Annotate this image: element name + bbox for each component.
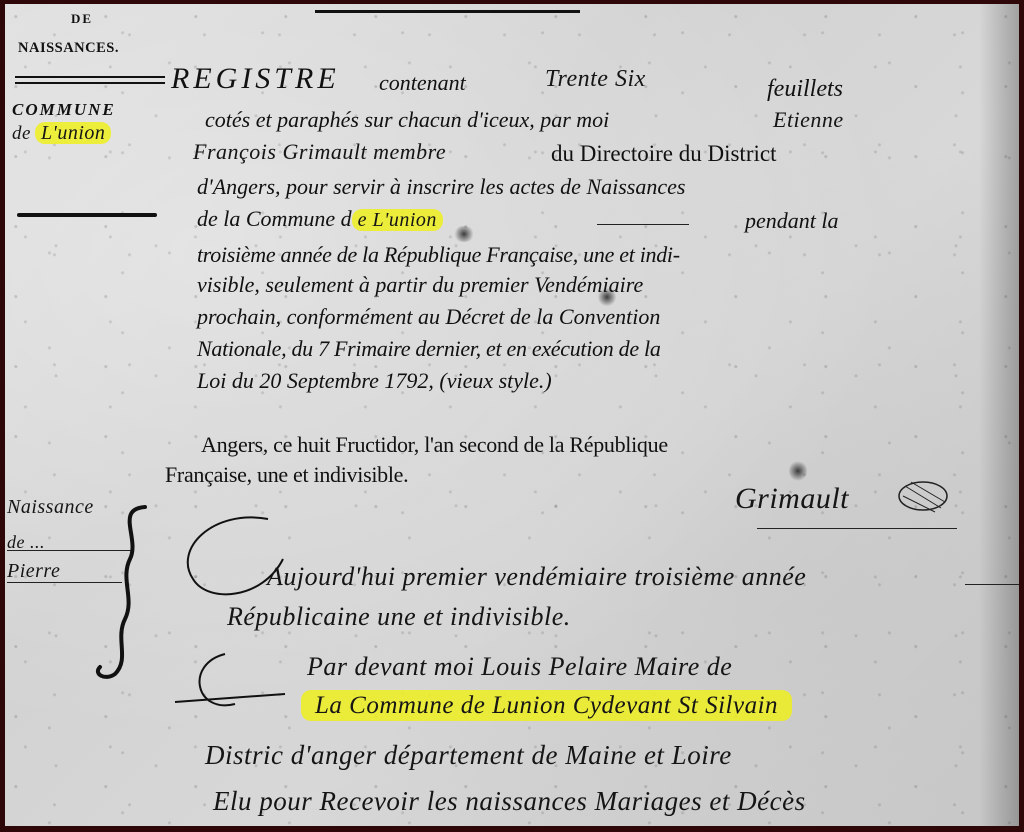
signature-paraph-icon	[895, 476, 955, 518]
margin-brace-rule	[17, 213, 157, 217]
form-line-2-printed: cotés et paraphés sur chacun d'iceux, pa…	[205, 107, 609, 133]
margin-heading-naissances: NAISSANCES.	[18, 40, 119, 57]
entry-line-4-highlight-row: La Commune de Lunion Cydevant St Silvain	[301, 692, 792, 720]
entry-line-5: Distric d'anger département de Maine et …	[205, 740, 732, 771]
entry-line-4-highlighted: La Commune de Lunion Cydevant St Silvain	[301, 690, 792, 721]
form-line-1-handwritten: Trente Six	[545, 66, 646, 93]
signature-underline	[757, 528, 957, 529]
form-line-5-commune-highlight: e L'union	[352, 209, 443, 231]
form-line-2-handwritten: Etienne	[773, 107, 844, 133]
margin-commune-label: COMMUNE	[12, 100, 116, 120]
form-line-3-printed: du Directoire du District	[551, 141, 776, 167]
ink-smudge	[453, 226, 475, 242]
form-line-7-printed: visible, seulement à partir du premier V…	[197, 272, 643, 298]
form-line-5-printed: de la Commune d	[197, 206, 352, 231]
register-title: REGISTRE	[171, 62, 340, 96]
page-edge-shadow	[979, 4, 1019, 826]
form-line-5-printed-after: pendant la	[745, 208, 839, 234]
form-line-6-printed: troisième année de la République Françai…	[197, 242, 680, 268]
form-line-10-printed: Loi du 20 Septembre 1792, (vieux style.)	[197, 368, 552, 394]
margin-double-rule	[15, 76, 165, 84]
form-line-3-handwritten: François Grimault membre	[193, 139, 446, 165]
signature-grimault: Grimault	[735, 482, 849, 516]
margin-commune-prefix: de	[12, 123, 31, 144]
margin-commune-row: de L'union	[12, 122, 111, 145]
curly-brace-icon	[85, 499, 165, 684]
entry-line-2: Républicaine une et indivisible.	[227, 602, 571, 632]
form-line-1-printed-after: feuillets	[767, 76, 843, 103]
register-page: DE NAISSANCES. COMMUNE de L'union Naissa…	[5, 4, 1019, 826]
closing-line-2: Française, une et indivisible.	[165, 462, 408, 488]
entry-line-1: Aujourd'hui premier vendémiaire troisièm…	[267, 562, 806, 592]
decorative-initial-p-icon	[165, 644, 295, 724]
form-line-9-printed: Nationale, du 7 Frimaire dernier, et en …	[197, 336, 661, 362]
top-rule	[315, 10, 580, 13]
entry-line-6: Elu pour Recevoir les naissances Mariage…	[213, 786, 806, 817]
entry-line-1-rule	[965, 584, 1019, 585]
entry-line-3: Par devant moi Louis Pelaire Maire de	[307, 652, 732, 682]
margin-commune-name: L'union	[35, 122, 111, 144]
ink-smudge	[789, 460, 807, 482]
margin-note-line-1: Naissance	[7, 496, 94, 519]
form-line-4-printed: d'Angers, pour servir à inscrire les act…	[197, 174, 685, 200]
closing-line-1: Angers, ce huit Fructidor, l'an second d…	[201, 432, 668, 458]
document-frame: DE NAISSANCES. COMMUNE de L'union Naissa…	[0, 0, 1024, 832]
form-line-1-printed: contenant	[379, 70, 466, 96]
margin-heading-de: DE	[71, 11, 93, 27]
form-line-5-blank-rule	[597, 224, 689, 225]
form-line-8-printed: prochain, conformément au Décret de la C…	[197, 304, 660, 330]
form-line-5: de la Commune de L'union	[197, 206, 443, 232]
margin-note-line-3: Pierre	[7, 560, 60, 583]
ink-smudge	[597, 288, 617, 306]
